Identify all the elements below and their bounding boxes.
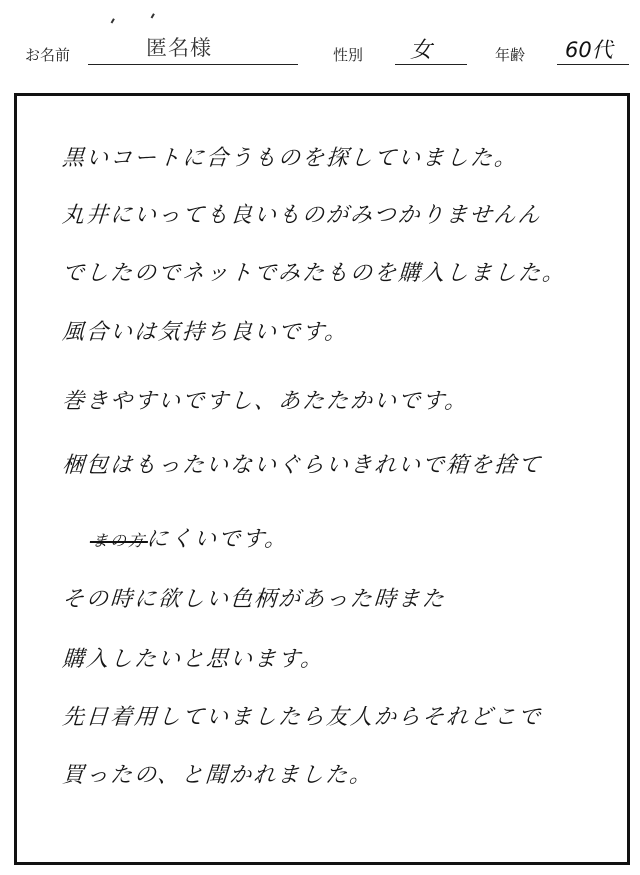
review-line: 丸井にいっても良いものがみつかりませんん (61, 203, 542, 229)
age-label: 年齢 (495, 44, 525, 65)
review-line: まの方にくいです。 (91, 527, 289, 554)
scan-mark (151, 13, 155, 18)
age-value: 60代 (565, 34, 613, 64)
scan-mark (111, 18, 115, 23)
review-line: でしたのでネットでみたものを購入しました。 (61, 261, 567, 287)
gender-label: 性別 (333, 44, 363, 65)
name-field-line (88, 64, 298, 65)
gender-field-line (395, 64, 467, 65)
review-line: 先日着用していましたら友人からそれどこで (61, 705, 543, 731)
age-field-line (557, 64, 629, 65)
review-line: 梱包はもったいないぐらいきれいで箱を捨て (61, 453, 543, 479)
review-line-text: にくいです。 (145, 527, 289, 552)
review-line: 購入したいと思います。 (61, 647, 325, 673)
name-value: 匿名様 (146, 32, 212, 62)
review-line: 買ったの、と聞かれました。 (61, 763, 374, 789)
gender-value: 女 (410, 33, 432, 64)
struck-text: まの方 (91, 528, 147, 554)
form-header: お名前 匿名様 性別 女 年齢 60代 (0, 0, 640, 90)
name-label: お名前 (25, 44, 70, 65)
review-line: その時に欲しい色柄があった時また (61, 587, 447, 613)
review-line: 風合いは気持ち良いです。 (61, 320, 349, 346)
review-line: 黒いコートに合うものを探していました。 (61, 146, 519, 172)
review-line: 巻きやすいですし、あたたかいです。 (61, 389, 469, 415)
